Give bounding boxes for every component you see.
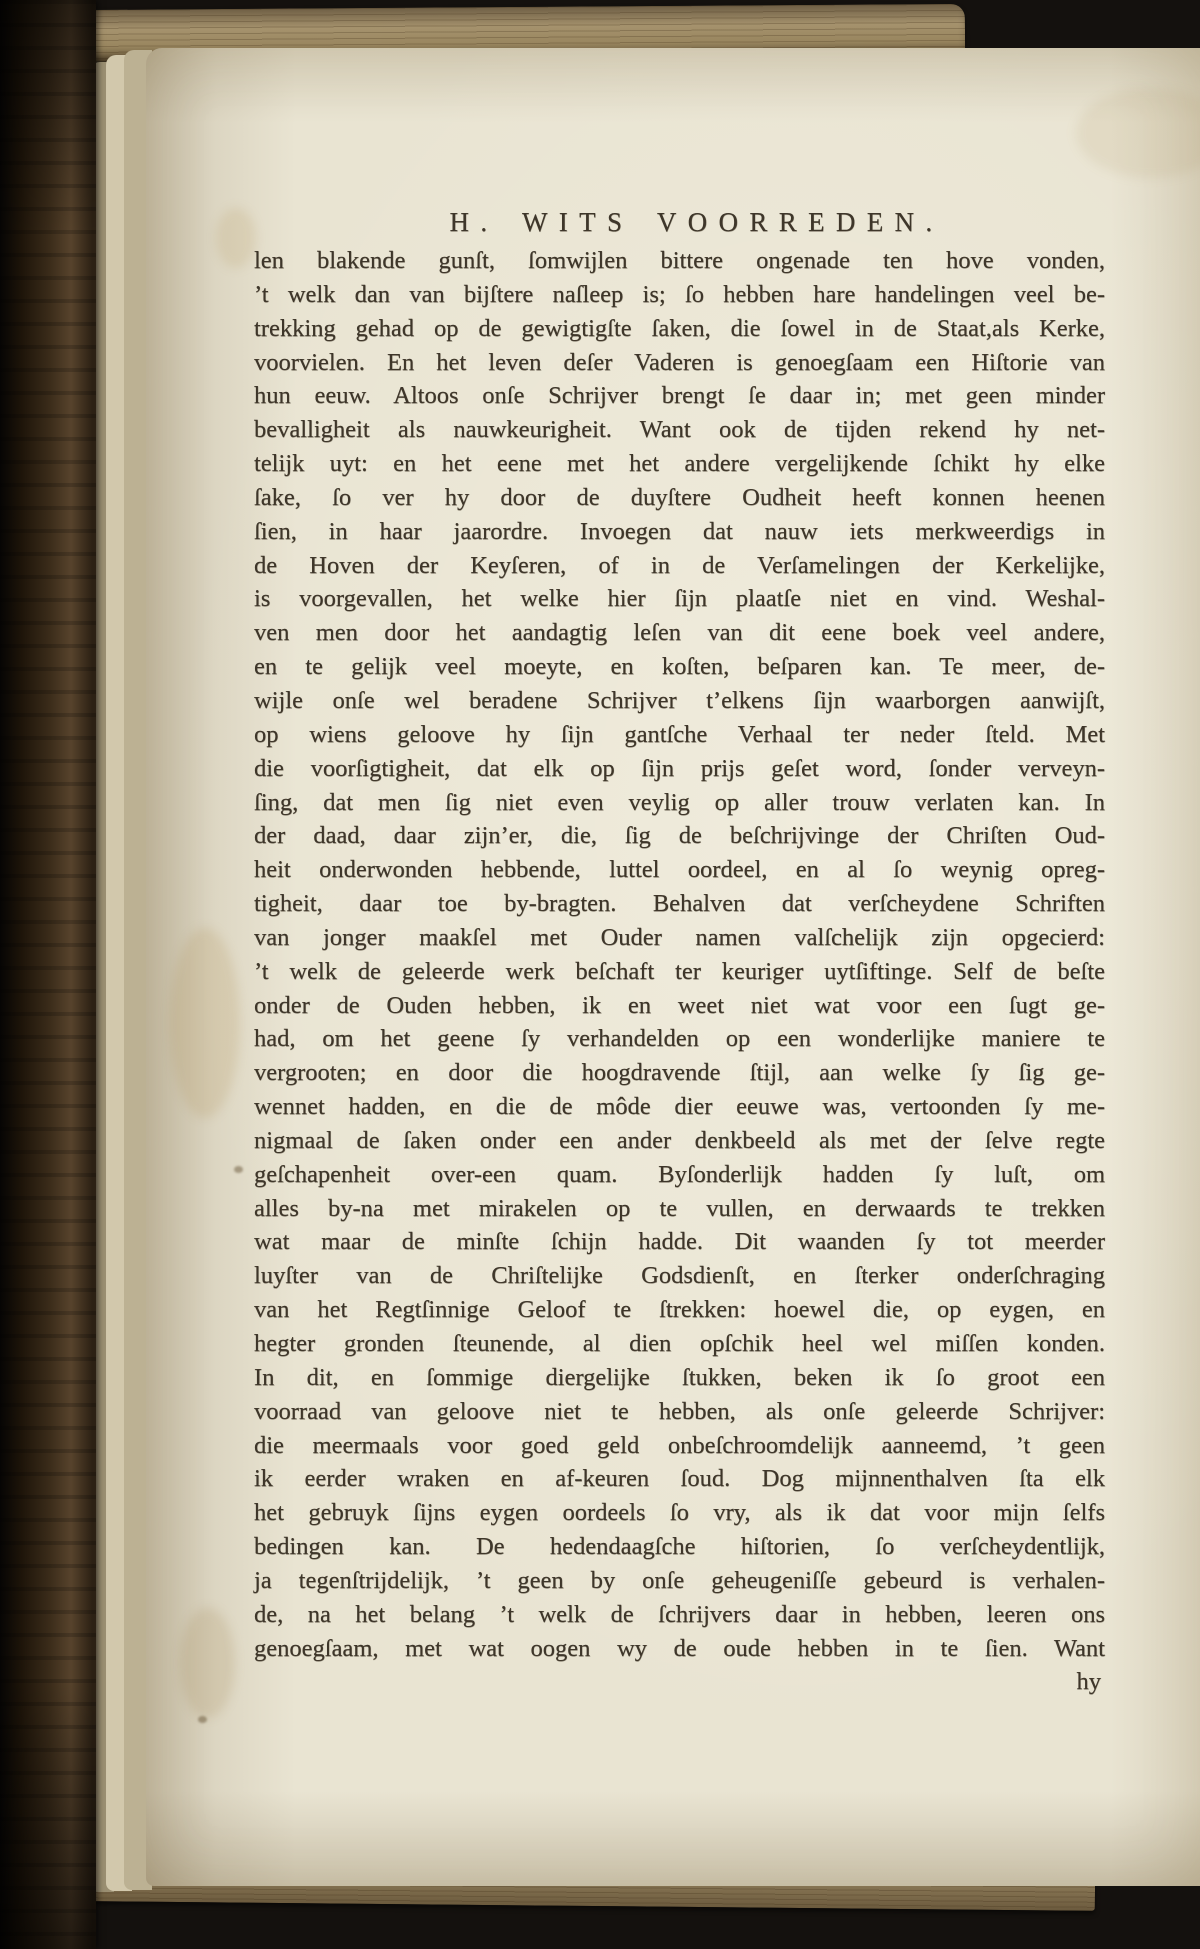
text-line: ſake, ſo ver hy door de duyſtere Oudheit… [254,481,1105,515]
text-line: ’t welk de geleerde werk beſchaft ter ke… [254,955,1105,989]
text-line: van jonger maakſel met Ouder namen valſc… [254,921,1105,955]
book-scan: { "document": { "running_title": "H. WIT… [0,0,1200,1949]
text-line: alles by-na met mirakelen op te vullen, … [254,1192,1105,1226]
text-line: hegter gronden ſteunende, al dien opſchi… [254,1327,1105,1361]
text-line: het gebruyk ſijns eygen oordeels ſo vry,… [254,1496,1105,1530]
text-line: tigheit, daar toe by-bragten. Behalven d… [254,887,1105,921]
text-line: vergrooten; en door die hoogdravende ſti… [254,1056,1105,1090]
text-line: op wiens geloove hy ſijn gantſche Verhaa… [254,718,1105,752]
text-line: bevalligheit als nauwkeurigheit. Want oo… [254,413,1105,447]
paper-stain [216,208,256,268]
text-line: die meermaals voor goed geld onbeſchroom… [254,1429,1105,1463]
text-line: hun eeuw. Altoos onſe Schrijver brengt ſ… [254,379,1105,413]
text-line: die voorſigtigheit, dat elk op ſijn prij… [254,752,1105,786]
text-line: ven men door het aandagtig leſen van dit… [254,616,1105,650]
paper-speck [234,1166,243,1173]
book-spine-leather [0,0,96,1949]
text-line: trekking gehad op de gewigtigſte ſaken, … [254,312,1105,346]
running-title: H. WITS VOORREDEN. [254,205,1105,239]
paper-stain [180,1608,235,1718]
text-line: ſing, dat men ſig niet even veylig op al… [254,786,1105,820]
text-line: voorraad van geloove niet te hebben, als… [254,1395,1105,1429]
text-line: ſien, in haar jaarordre. Invoegen dat na… [254,515,1105,549]
text-line: wat maar de minſte ſchijn hadde. Dit waa… [254,1225,1105,1259]
text-line: heit onderwonden hebbende, luttel oordee… [254,853,1105,887]
text-line: wijle onſe wel beradene Schrijver t’elke… [254,684,1105,718]
text-block: len blakende gunſt, ſomwijlen bittere on… [254,244,1105,1699]
paper-speck [198,1716,207,1723]
text-line: onder de Ouden hebben, ik en weet niet w… [254,989,1105,1023]
text-line: der daad, daar zijn’er, die, ſig de beſc… [254,819,1105,853]
text-line: telijk uyt: en het eene met het andere v… [254,447,1105,481]
paper-stain [1076,88,1200,178]
text-line: In dit, en ſommige diergelijke ſtukken, … [254,1361,1105,1395]
text-line: ik eerder wraken en af-keuren ſoud. Dog … [254,1462,1105,1496]
text-line: ’t welk dan van bijſtere naſleep is; ſo … [254,278,1105,312]
text-line: van het Regtſinnige Geloof te ſtrekken: … [254,1293,1105,1327]
book-page: H. WITS VOORREDEN. len blakende gunſt, ſ… [146,48,1200,1886]
text-line: len blakende gunſt, ſomwijlen bittere on… [254,244,1105,278]
text-line: genoegſaam, met wat oogen wy de oude heb… [254,1632,1105,1666]
text-line: wennet hadden, en die de môde dier eeuwe… [254,1090,1105,1124]
paper-stain [170,928,240,1118]
text-line: geſchapenheit over-een quam. Byſonderlij… [254,1158,1105,1192]
text-line: voorvielen. En het leven deſer Vaderen i… [254,346,1105,380]
text-line: had, om het geene ſy verhandelden op een… [254,1022,1105,1056]
text-line: de Hoven der Keyſeren, of in de Verſamel… [254,549,1105,583]
text-line: ja tegenſtrijdelijk, ’t geen by onſe geh… [254,1564,1105,1598]
text-line: bedingen kan. De hedendaagſche hiſtorien… [254,1530,1105,1564]
text-line: luyſter van de Chriſtelijke Godsdienſt, … [254,1259,1105,1293]
text-line: is voorgevallen, het welke hier ſijn pla… [254,582,1105,616]
text-line: de, na het belang ’t welk de ſchrijvers … [254,1598,1105,1632]
catchword: hy [254,1665,1105,1699]
text-line: nigmaal de ſaken onder een ander denkbee… [254,1124,1105,1158]
text-line: en te gelijk veel moeyte, en koſten, beſ… [254,650,1105,684]
